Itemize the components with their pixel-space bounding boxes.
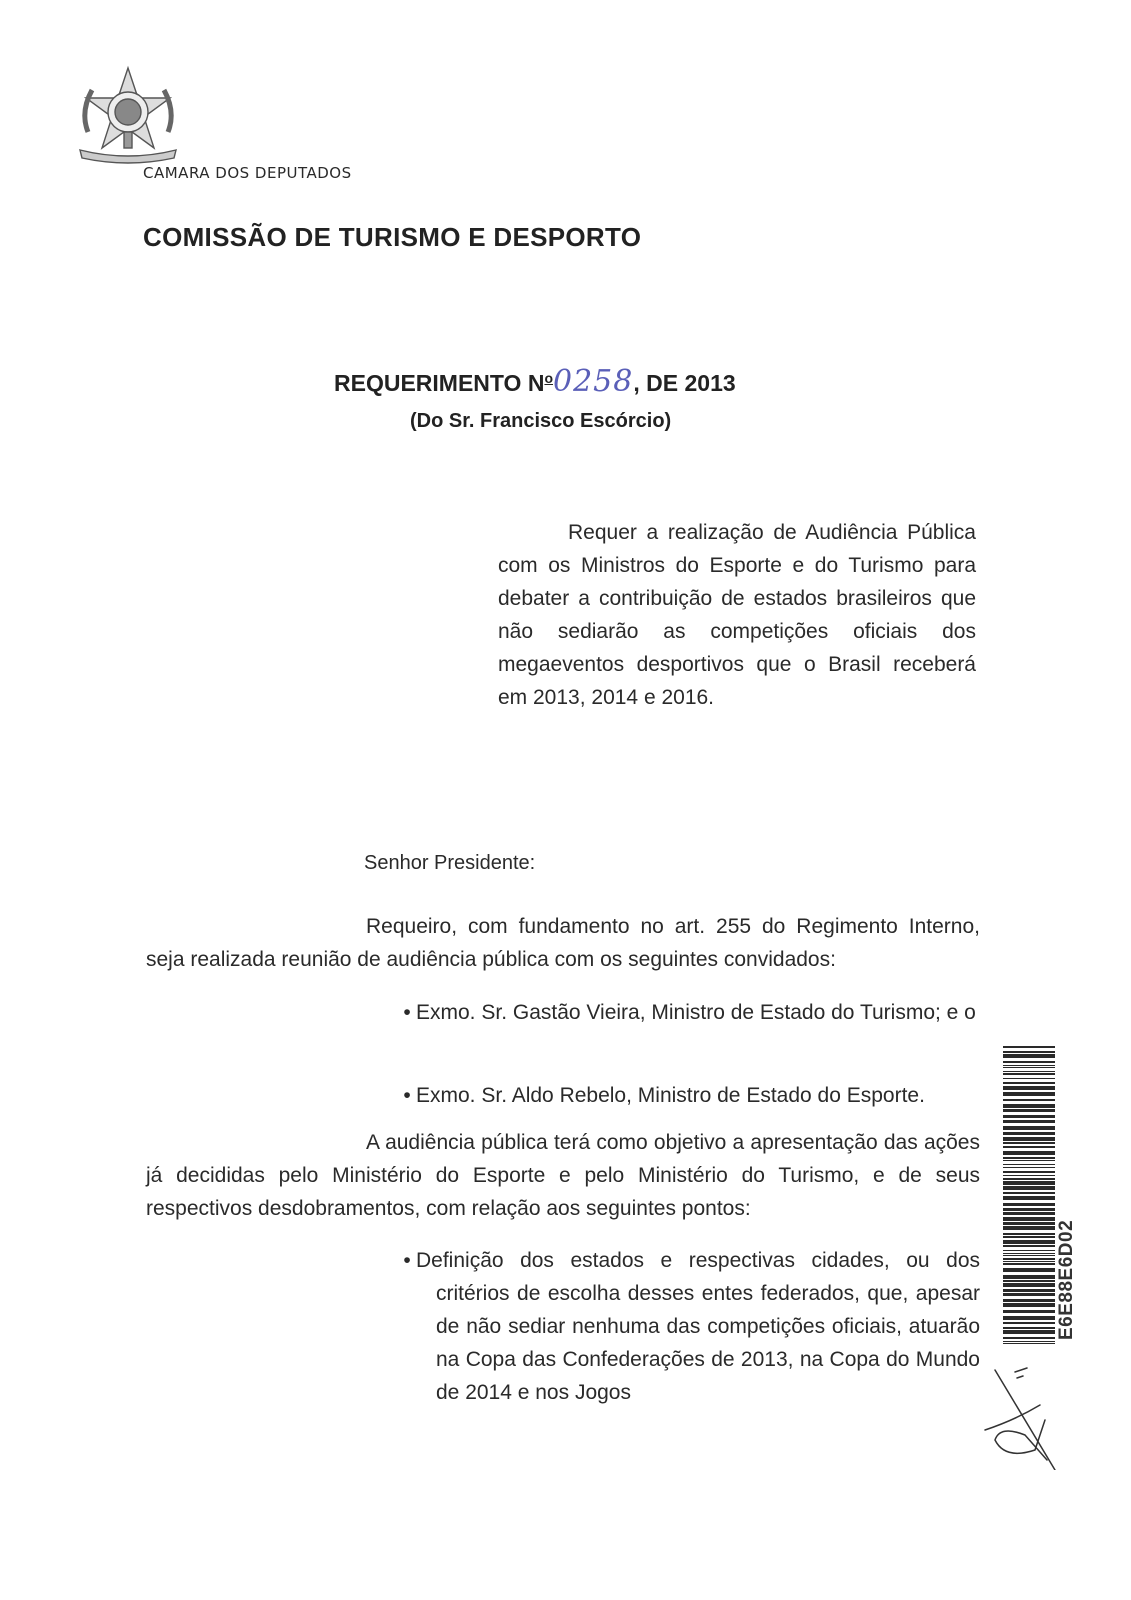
handwritten-number: 0258	[553, 364, 633, 399]
bullet-icon: •	[398, 1079, 416, 1112]
committee-name: COMISSÃO DE TURISMO E DESPORTO	[143, 222, 641, 253]
ementa: Requer a realização de Audiência Pública…	[498, 516, 976, 714]
point-item: • Definição dos estados e respectivas ci…	[398, 1244, 980, 1409]
title-ordinal: o	[544, 370, 553, 386]
title-suffix: , DE 2013	[633, 370, 735, 396]
invitee-text: Exmo. Sr. Aldo Rebelo, Ministro de Estad…	[436, 1079, 980, 1112]
invitee-item: • Exmo. Sr. Aldo Rebelo, Ministro de Est…	[398, 1079, 980, 1112]
barcode-text: E6E88E6D02	[1056, 1220, 1078, 1340]
point-text: Definição dos estados e respectivas cida…	[436, 1244, 980, 1409]
bullet-icon: •	[398, 996, 416, 1029]
title-prefix: REQUERIMENTO N	[334, 370, 544, 396]
paragraph-request: Requeiro, com fundamento no art. 255 do …	[146, 910, 980, 976]
handwritten-signature-icon	[975, 1360, 1070, 1470]
invitee-text: Exmo. Sr. Gastão Vieira, Ministro de Est…	[436, 996, 980, 1029]
salutation: Senhor Presidente:	[364, 852, 535, 875]
barcode-icon	[1003, 1046, 1055, 1346]
coat-of-arms-icon	[74, 62, 182, 168]
document-author: (Do Sr. Francisco Escórcio)	[410, 410, 671, 433]
invitee-item: • Exmo. Sr. Gastão Vieira, Ministro de E…	[398, 996, 980, 1029]
organization-name: CAMARA DOS DEPUTADOS	[143, 164, 352, 182]
paragraph-objective: A audiência pública terá como objetivo a…	[146, 1126, 980, 1225]
bullet-icon: •	[398, 1244, 416, 1277]
document-title: REQUERIMENTO No0258, DE 2013	[334, 364, 736, 399]
